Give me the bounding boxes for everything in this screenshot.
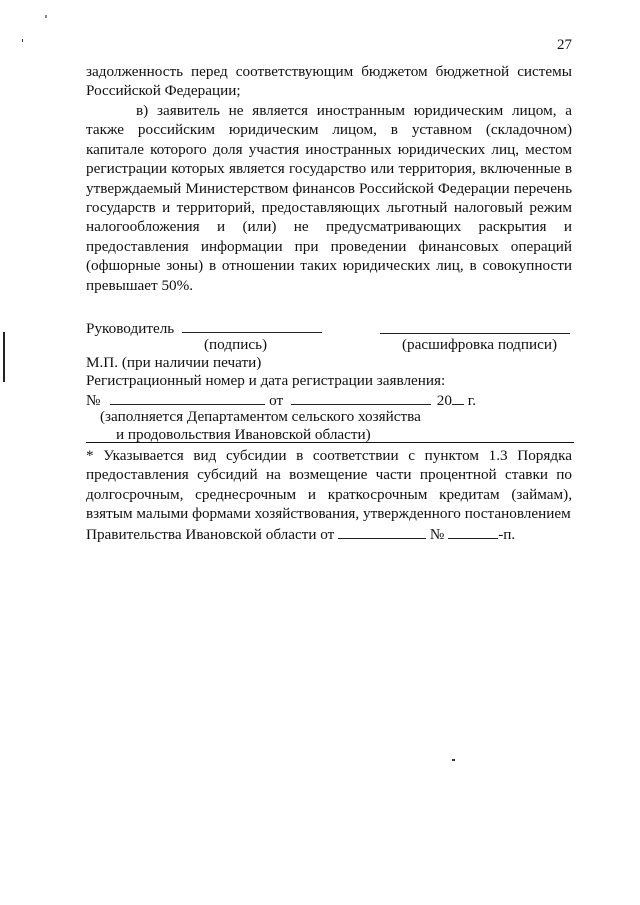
document-page: 27 задолженность перед соответствующим б…	[0, 0, 640, 905]
scan-edge-mark	[3, 332, 5, 382]
number-sign: №	[430, 526, 445, 543]
year-suffix: г.	[468, 392, 476, 409]
footnote: * Указывается вид субсидии в соответстви…	[86, 446, 572, 544]
scan-speck	[45, 15, 47, 18]
page-number: 27	[557, 37, 572, 54]
year-field[interactable]	[452, 390, 464, 405]
signature-block: Руководитель (подпись) (расшифровка подп…	[86, 318, 576, 448]
scan-speck	[452, 759, 455, 761]
signature-field[interactable]	[182, 318, 322, 333]
number-sign: №	[86, 392, 101, 409]
paragraph-clause-v: в) заявитель не является иностранным юри…	[86, 101, 572, 295]
paragraph-continuation: задолженность перед соответствующим бюдж…	[86, 62, 572, 101]
registration-date-field[interactable]	[291, 390, 431, 405]
footnote-last-line: Правительства Ивановской области от № -п…	[86, 524, 572, 544]
from-label: от	[269, 392, 283, 409]
head-label: Руководитель	[86, 320, 174, 337]
resolution-number-field[interactable]	[448, 524, 498, 539]
resolution-suffix: -п.	[498, 526, 515, 543]
paragraph-text: задолженность перед соответствующим бюдж…	[86, 62, 572, 101]
footnote-last-line-prefix: Правительства Ивановской области от	[86, 526, 334, 543]
decoding-caption: (расшифровка подписи)	[402, 336, 557, 354]
registration-label: Регистрационный номер и дата регистрации…	[86, 372, 445, 390]
seal-note: М.П. (при наличии печати)	[86, 354, 261, 372]
footnote-text: * Указывается вид субсидии в соответстви…	[86, 446, 572, 524]
signature-decoding-field[interactable]	[380, 319, 570, 334]
signature-caption: (подпись)	[204, 336, 267, 354]
filled-by-note-line1: (заполняется Департаментом сельского хоз…	[100, 408, 421, 426]
footnote-divider	[86, 442, 574, 443]
resolution-date-field[interactable]	[338, 524, 426, 539]
paragraph-text: в) заявитель не является иностранным юри…	[86, 101, 572, 295]
year-prefix: 20	[437, 392, 452, 409]
registration-number-field[interactable]	[110, 390, 265, 405]
scan-speck	[22, 39, 23, 42]
